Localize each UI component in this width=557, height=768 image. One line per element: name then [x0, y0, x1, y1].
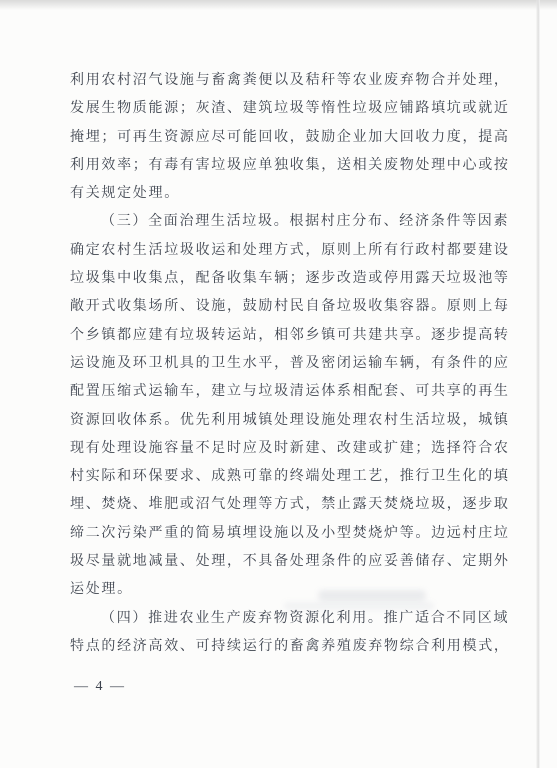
document-line: （四）推进农业生产废弃物资源化利用。推广适合不同区域: [70, 605, 515, 633]
document-line: （三）全面治理生活垃圾。根据村庄分布、经济条件等因素: [70, 208, 515, 236]
scan-top-edge-shadow: [0, 0, 557, 10]
document-line: 运处理。: [70, 576, 515, 604]
document-line: 村实际和环保要求、成熟可靠的终端处理工艺，推行卫生化的填: [70, 463, 515, 491]
document-line: 现有处理设施容量不足时应及时新建、改建或扩建；选择符合农: [70, 435, 515, 463]
scanned-document-page: 利用农村沼气设施与畜禽粪便以及秸秆等农业废弃物合并处理，发展生物质能源；灰渣、建…: [0, 0, 557, 768]
document-line: 利用农村沼气设施与畜禽粪便以及秸秆等农业废弃物合并处理，: [70, 67, 515, 95]
document-line: 个乡镇都应建有垃圾转运站，相邻乡镇可共建共享。逐步提高转: [70, 322, 515, 350]
document-line: 掩埋；可再生资源应尽可能回收，鼓励企业加大回收力度，提高: [70, 124, 515, 152]
document-line: 运设施及环卫机具的卫生水平，普及密闭运输车辆，有条件的应: [70, 350, 515, 378]
document-line: 发展生物质能源；灰渣、建筑垃圾等惰性垃圾应铺路填坑或就近: [70, 95, 515, 123]
page-number: — 4 —: [74, 679, 126, 695]
document-line: 缔二次污染严重的简易填埋设施以及小型焚烧炉等。边远村庄垃: [70, 520, 515, 548]
document-line: 埋、焚烧、堆肥或沼气处理等方式，禁止露天焚烧垃圾，逐步取: [70, 491, 515, 519]
document-line: 敞开式收集场所、设施，鼓励村民自备垃圾收集容器。原则上每: [70, 293, 515, 321]
document-line: 特点的经济高效、可持续运行的畜禽养殖废弃物综合利用模式，: [70, 633, 515, 661]
document-line: 配置压缩式运输车，建立与垃圾清运体系相配套、可共享的再生: [70, 378, 515, 406]
document-line: 利用效率；有毒有害垃圾应单独收集，送相关废物处理中心或按: [70, 152, 515, 180]
document-line: 确定农村生活垃圾收运和处理方式，原则上所有行政村都要建设: [70, 237, 515, 265]
document-line: 有关规定处理。: [70, 180, 515, 208]
document-line: 垃圾集中收集点，配备收集车辆；逐步改造或停用露天垃圾池等: [70, 265, 515, 293]
document-line: 资源回收体系。优先利用城镇处理设施处理农村生活垃圾，城镇: [70, 407, 515, 435]
document-body: 利用农村沼气设施与畜禽粪便以及秸秆等农业废弃物合并处理，发展生物质能源；灰渣、建…: [70, 67, 515, 661]
scan-right-edge-shadow: [536, 0, 540, 768]
document-line: 圾尽量就地减量、处理，不具备处理条件的应妥善储存、定期外: [70, 548, 515, 576]
